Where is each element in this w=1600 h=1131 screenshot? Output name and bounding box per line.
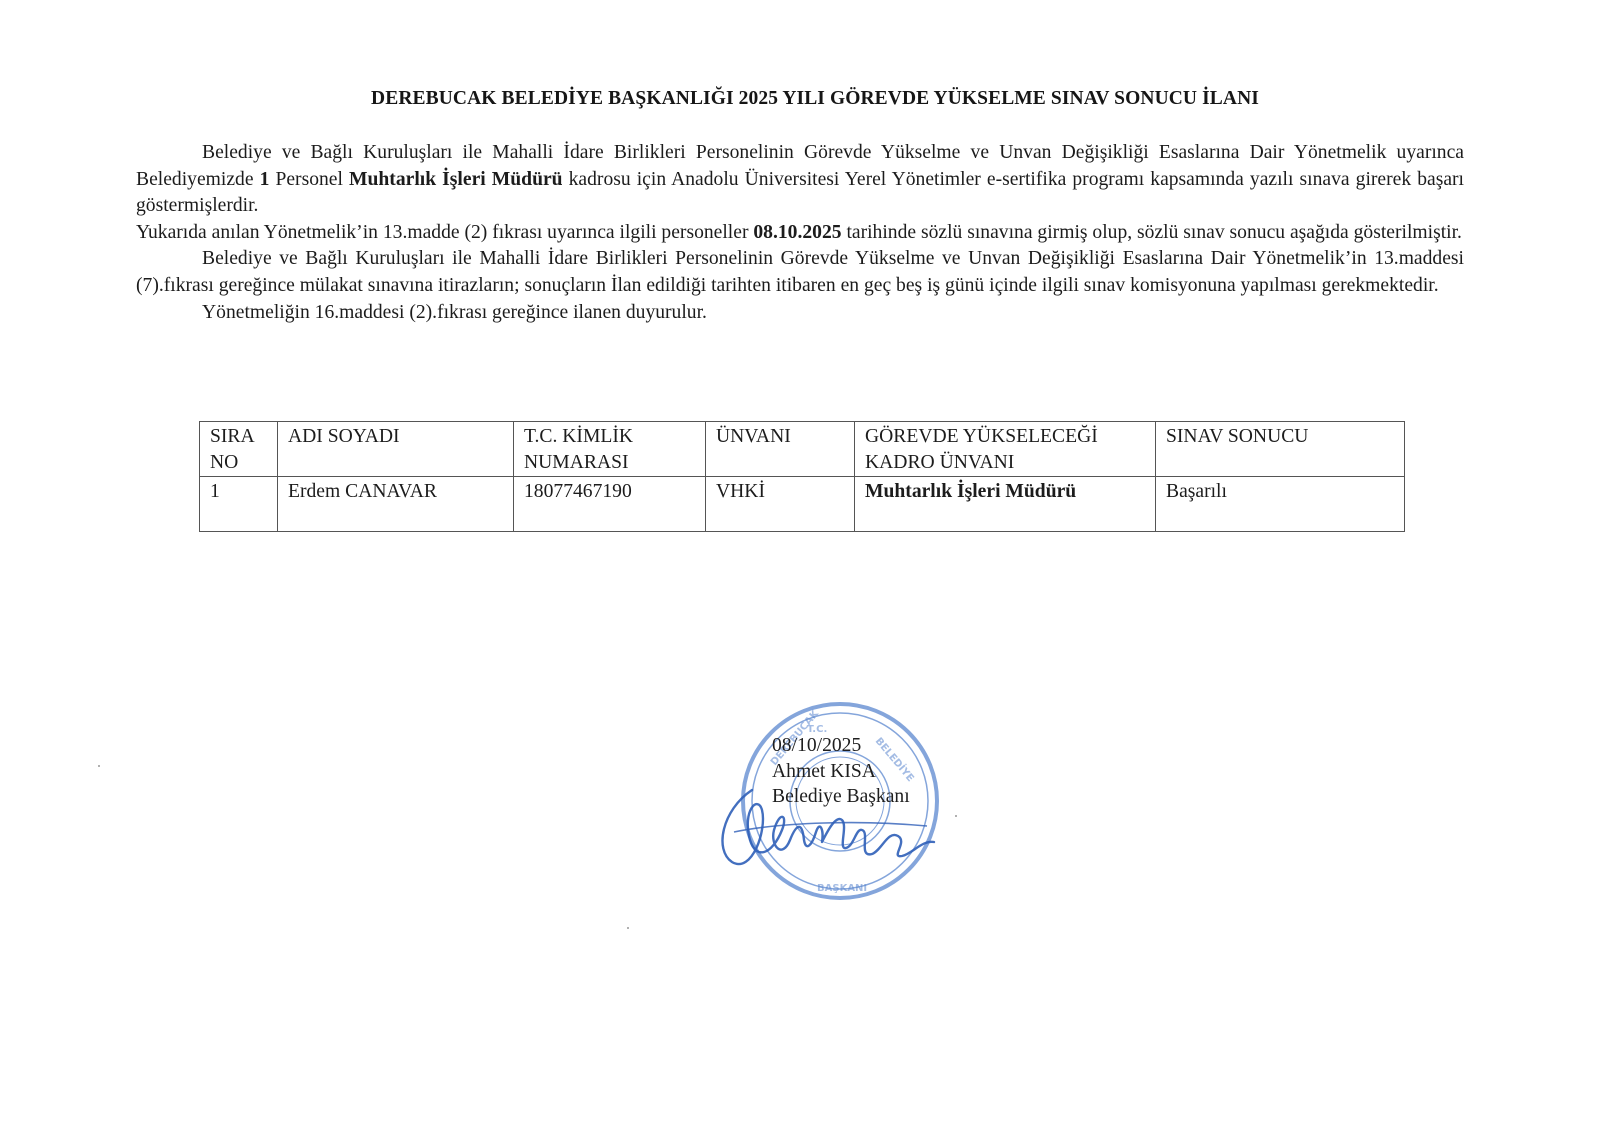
oral-exam-date: 08.10.2025 [753, 222, 841, 243]
position-name: Muhtarlık İşleri Müdürü [349, 169, 563, 190]
announcement-body: Belediye ve Bağlı Kuruluşları ile Mahall… [136, 140, 1464, 326]
scan-speck [955, 815, 957, 817]
svg-text:BAŞKANI: BAŞKANI [817, 883, 867, 894]
paragraph-2-text-a: Yukarıda anılan Yönetmelik’in 13.madde (… [136, 222, 753, 243]
document-title: DEREBUCAK BELEDİYE BAŞKANLIĞI 2025 YILI … [0, 88, 1600, 110]
header-sinav-sonucu: SINAV SONUCU [1156, 422, 1405, 477]
paragraph-2: Yukarıda anılan Yönetmelik’in 13.madde (… [136, 220, 1464, 247]
signature-date: 08/10/2025 [772, 733, 910, 759]
header-sira-no: SIRA NO [200, 422, 278, 477]
cell-kadro-unvani: Muhtarlık İşleri Müdürü [855, 477, 1156, 532]
paragraph-1-text-b: Personel [269, 169, 349, 190]
table-header-row: SIRA NO ADI SOYADI T.C. KİMLİK NUMARASI … [200, 422, 1405, 477]
signatory-title: Belediye Başkanı [772, 784, 910, 810]
paragraph-2-text-b: tarihinde sözlü sınavına girmiş olup, sö… [842, 222, 1462, 243]
cell-adi-soyadi: Erdem CANAVAR [278, 477, 514, 532]
header-adi-soyadi: ADI SOYADI [278, 422, 514, 477]
cell-sinav-sonucu: Başarılı [1156, 477, 1405, 532]
paragraph-3: Belediye ve Bağlı Kuruluşları ile Mahall… [136, 246, 1464, 299]
header-kadro-unvani: GÖREVDE YÜKSELECEĞİ KADRO ÜNVANI [855, 422, 1156, 477]
header-tc-kimlik: T.C. KİMLİK NUMARASI [514, 422, 706, 477]
paragraph-1: Belediye ve Bağlı Kuruluşları ile Mahall… [136, 140, 1464, 220]
scan-speck [627, 927, 629, 929]
scan-speck [98, 765, 100, 767]
exam-results-table: SIRA NO ADI SOYADI T.C. KİMLİK NUMARASI … [199, 421, 1405, 532]
cell-tc-kimlik: 18077467190 [514, 477, 706, 532]
signature-block: 08/10/2025 Ahmet KISA Belediye Başkanı [772, 733, 910, 810]
paragraph-4: Yönetmeliğin 16.maddesi (2).fıkrası gere… [136, 300, 1464, 327]
personnel-count: 1 [260, 169, 270, 190]
cell-sira-no: 1 [200, 477, 278, 532]
table-row: 1 Erdem CANAVAR 18077467190 VHKİ Muhtarl… [200, 477, 1405, 532]
cell-unvani: VHKİ [706, 477, 855, 532]
signatory-name: Ahmet KISA [772, 759, 910, 785]
header-unvani: ÜNVANI [706, 422, 855, 477]
